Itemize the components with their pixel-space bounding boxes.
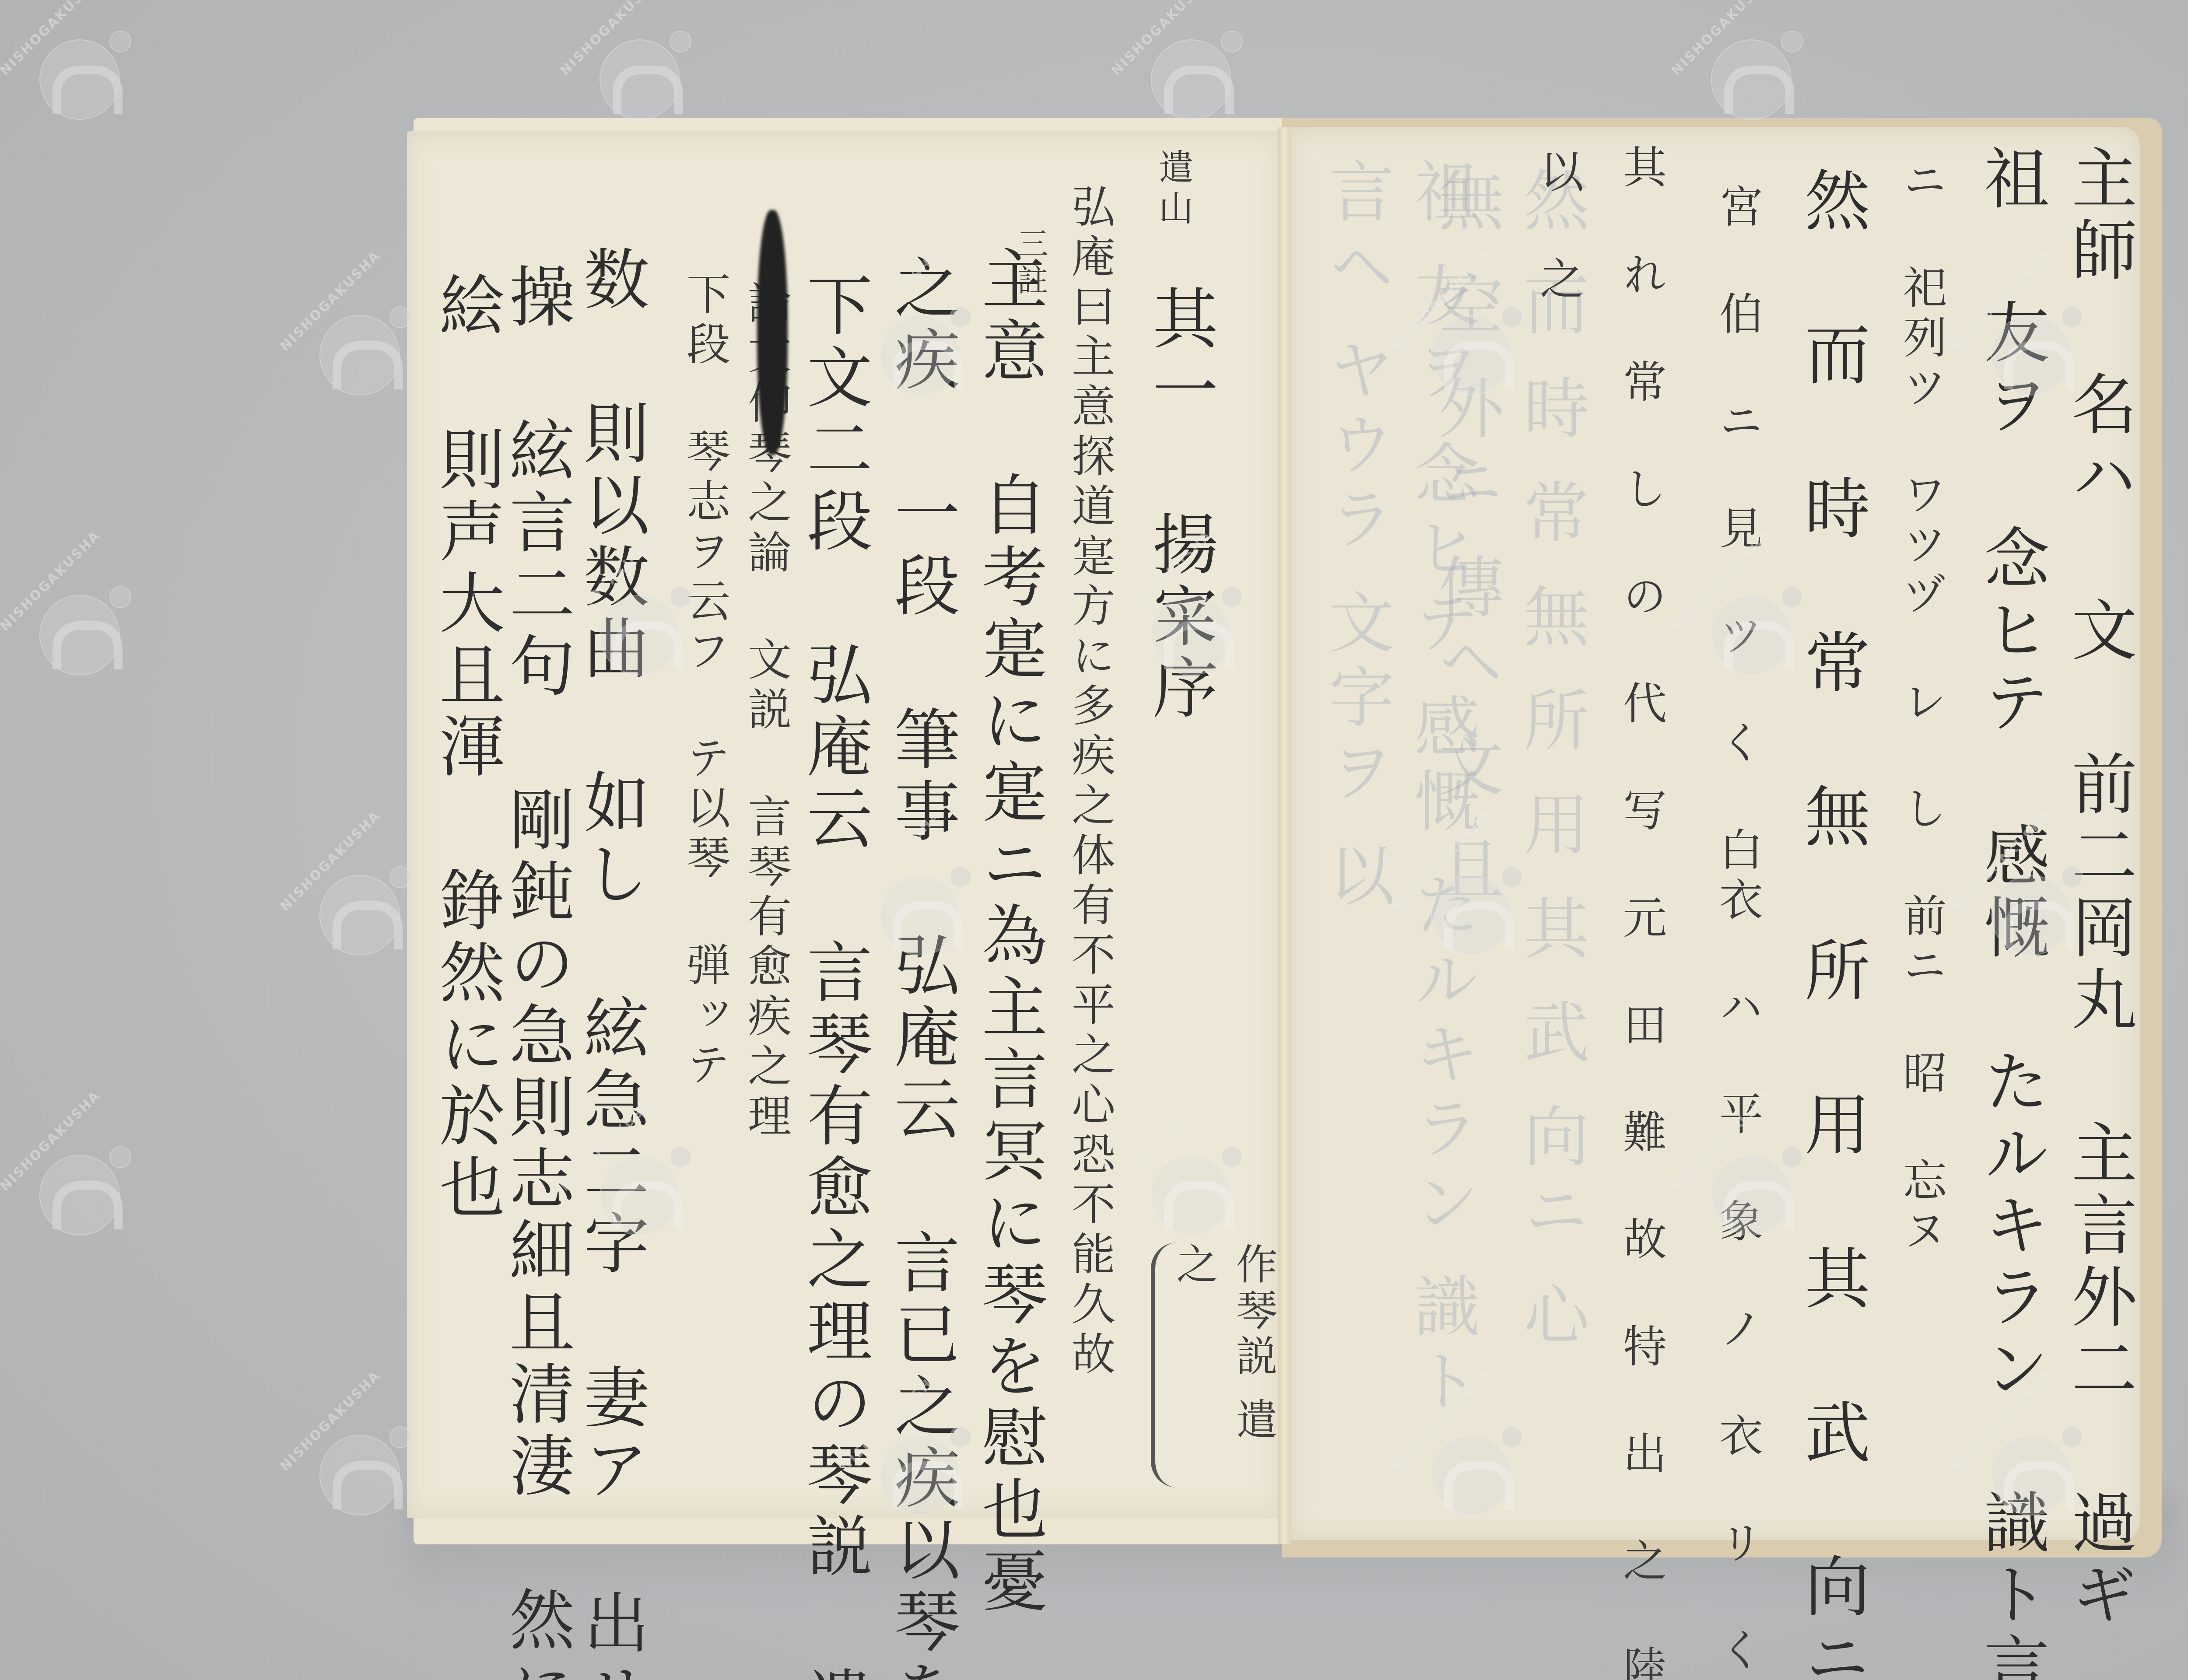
- text-column: 数 則以数曲 如し 絃急二字 妻ア 出リ: [578, 245, 643, 1339]
- margin-annotation: 作琴説 遣之: [1151, 1242, 1283, 1487]
- text-column: 之疾 一段 筆事 弘庵云 言已之疾以琴を愈引起: [888, 254, 954, 1522]
- text-column: 主意 自考寔に寔ニ為主言冥に琴を慰也憂: [976, 245, 1041, 1492]
- header-mark: 遣山: [1155, 149, 1190, 231]
- text-column: ニ 祀列ツ ワツヅ レ し 前ニ 昭 忘ヌ: [1899, 157, 1943, 901]
- text-column: 其 れ 常 し の 代 写 元 田 難 故 特 出 之 陸 ニ モ ド レ テ: [1619, 144, 1663, 1457]
- text-column: 主師 名ハ 文 前二岡丸 主言外二 過ギ 五以 此比ヲ経ハ 其: [2065, 144, 2131, 1457]
- text-column: 操 絃言二句 剛鈍の急則志細且清淒 然に従: [503, 262, 569, 1444]
- text-column: 以 之: [1536, 149, 1580, 324]
- text-column: 宮 伯 ニ 見 ツ く 白衣 ハ 平 象 ノ 衣 リ く: [1715, 184, 1759, 1059]
- open-notebook: 祖 友ヲ 念ヒテ 感慨 たルキラン 識ト言ヘ ヤウラ 文字ヲ 以 然 而 時 常…: [0, 0, 2188, 1680]
- text-column: 然 而 時 常 無 所 用 其 武 向ニ 心 無 空 外ニ 傳ヘ 文 且: [1799, 166, 1864, 1435]
- text-column: 下段 琴志ヲ云フ テ以琴 弾ッテ: [683, 271, 726, 1059]
- bleed-through-text: 然 而 時 常 無 所 用 其 武 向ニ 心 無 空 外ニ 傳ヘ 文 且: [1422, 166, 1593, 1435]
- ink-blot: [757, 210, 788, 455]
- text-column: 祖 友ヲ 念ヒテ 感慨 たルキラン 識ト言ヘ ヤウラ 文字ヲ 以: [1978, 144, 2044, 1479]
- text-column: 絵 則声大且渾 錚然に於也: [433, 271, 499, 1146]
- text-column: 弘庵曰主意探道寔方に多疾之体有不平之心恐不能久故: [1068, 184, 1112, 1474]
- text-column: 下文二段 弘庵云 言琴有愈之理の琴説 遣二段: [801, 271, 866, 1540]
- title-column: 其一 揚寀序: [1147, 284, 1212, 725]
